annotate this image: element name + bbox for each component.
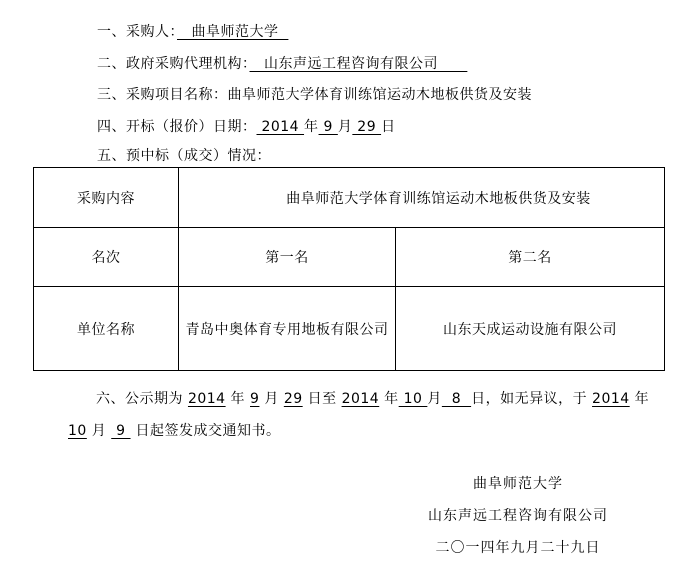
item-purchaser-label: 一、采购人：	[97, 24, 177, 40]
cell-company-header: 单位名称	[34, 287, 179, 371]
publicity-text: 年	[226, 391, 250, 407]
publicity-period-paragraph: 六、公示期为 2014 年 9 月 29 日至 2014 年 10 月 8 日，…	[68, 383, 648, 447]
publicity-end-day: 8	[442, 391, 471, 407]
publicity-text: 日至	[303, 391, 342, 407]
bid-date-year: 2014	[257, 119, 305, 135]
publicity-text: 日，如无异议，于	[471, 391, 592, 407]
publicity-text: 日起签发成交通知书。	[131, 423, 281, 439]
procurement-announcement-document: 一、采购人： 曲阜师范大学 二、政府采购代理机构： 山东声远工程咨询有限公司 三…	[0, 0, 698, 570]
publicity-start-day: 29	[284, 391, 303, 407]
bid-date-month: 9	[319, 119, 338, 135]
publicity-text: 月	[259, 391, 283, 407]
cell-rank-second: 第二名	[396, 228, 665, 287]
cell-content-header: 采购内容	[34, 168, 179, 228]
bid-date-month-unit: 月	[338, 119, 353, 135]
item-agency-value: 山东声远工程咨询有限公司	[250, 56, 468, 72]
publicity-notice-year: 2014	[592, 391, 630, 407]
bid-date-year-unit: 年	[304, 119, 319, 135]
item-agency-label: 二、政府采购代理机构：	[97, 56, 250, 72]
signature-agency: 山东声远工程咨询有限公司	[368, 500, 668, 532]
publicity-start-month: 9	[250, 391, 259, 407]
publicity-line-1: 六、公示期为 2014 年 9 月 29 日至 2014 年 10 月 8 日，…	[68, 383, 648, 415]
publicity-notice-day: 9	[111, 423, 130, 439]
signature-date: 二〇一四年九月二十九日	[368, 532, 668, 564]
cell-rank-header: 名次	[34, 228, 179, 287]
cell-company-second: 山东天成运动设施有限公司	[396, 287, 665, 371]
item-agency: 二、政府采购代理机构： 山东声远工程咨询有限公司	[97, 53, 467, 73]
item-result-heading-label: 五、预中标（成交）情况：	[97, 148, 271, 164]
item-project-label: 三、采购项目名称：曲阜师范大学体育训练馆运动木地板供货及安装	[97, 87, 532, 103]
publicity-notice-month: 10	[68, 423, 87, 439]
result-table: 采购内容 曲阜师范大学体育训练馆运动木地板供货及安装 名次 第一名 第二名 单位…	[33, 167, 665, 371]
table-row-company: 单位名称 青岛中奥体育专用地板有限公司 山东天成运动设施有限公司	[34, 287, 665, 371]
cell-content-value: 曲阜师范大学体育训练馆运动木地板供货及安装	[179, 168, 665, 228]
publicity-text: 年	[379, 391, 398, 407]
cell-company-first: 青岛中奥体育专用地板有限公司	[179, 287, 396, 371]
bid-date-day: 29	[352, 119, 381, 135]
publicity-text: 月	[427, 391, 442, 407]
item-bid-date: 四、开标（报价）日期： 2014 年 9 月 29 日	[97, 116, 396, 136]
signature-purchaser: 曲阜师范大学	[368, 468, 668, 500]
item-project-name: 三、采购项目名称：曲阜师范大学体育训练馆运动木地板供货及安装	[97, 84, 532, 104]
item-purchaser: 一、采购人： 曲阜师范大学	[97, 21, 288, 41]
bid-date-day-unit: 日	[381, 119, 396, 135]
publicity-text: 月	[87, 423, 111, 439]
publicity-end-year: 2014	[342, 391, 380, 407]
table-row-content: 采购内容 曲阜师范大学体育训练馆运动木地板供货及安装	[34, 168, 665, 228]
publicity-text: 年	[630, 391, 649, 407]
publicity-text: 六、公示期为	[96, 391, 188, 407]
publicity-start-year: 2014	[188, 391, 226, 407]
signature-block: 曲阜师范大学 山东声远工程咨询有限公司 二〇一四年九月二十九日	[368, 468, 668, 564]
item-result-heading: 五、预中标（成交）情况：	[97, 145, 271, 165]
cell-rank-first: 第一名	[179, 228, 396, 287]
publicity-line-2: 10 月 9 日起签发成交通知书。	[68, 415, 648, 447]
publicity-end-month: 10	[399, 391, 428, 407]
item-bid-date-label: 四、开标（报价）日期：	[97, 119, 257, 135]
item-purchaser-value: 曲阜师范大学	[177, 24, 288, 40]
table-row-rank: 名次 第一名 第二名	[34, 228, 665, 287]
